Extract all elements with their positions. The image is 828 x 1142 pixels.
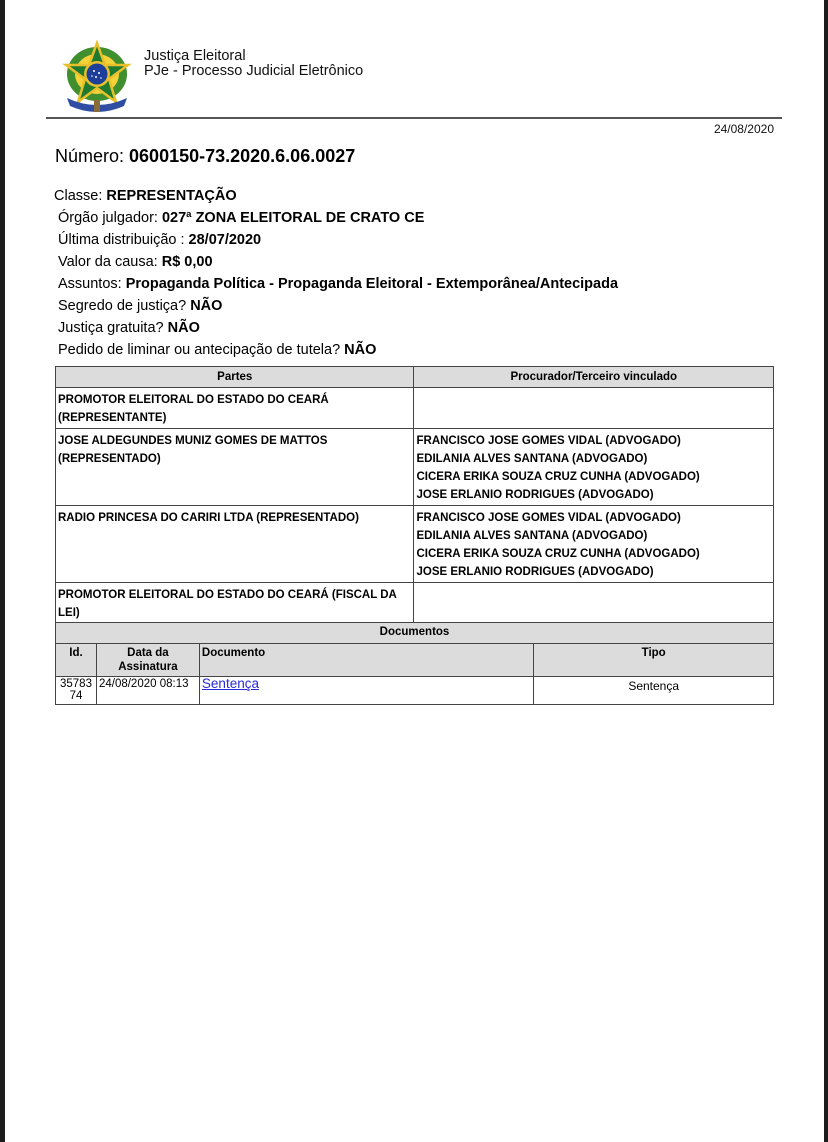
field-label: Órgão julgador: [58,210,162,226]
parte-cell: PROMOTOR ELEITORAL DO ESTADO DO CEARÁ (F… [56,583,414,624]
procurador-name: JOSE ERLANIO RODRIGUES (ADVOGADO) [416,563,771,581]
system-name: PJe - Processo Judicial Eletrônico [144,64,363,79]
field-value: R$ 0,00 [162,254,213,270]
procurador-name: EDILANIA ALVES SANTANA (ADVOGADO) [416,450,771,468]
procurador-cell [414,583,774,624]
parte-cell: RADIO PRINCESA DO CARIRI LTDA (REPRESENT… [56,506,414,583]
column-header-data-assinatura: Data da Assinatura [96,644,199,677]
header-divider [46,117,782,119]
process-number-value: 0600150-73.2020.6.06.0027 [129,146,355,166]
field-orgao-julgador: Órgão julgador: 027ª ZONA ELEITORAL DE C… [54,207,618,229]
field-label: Justiça gratuita? [58,320,168,336]
partes-table: Partes Procurador/Terceiro vinculado PRO… [55,366,774,624]
field-value: NÃO [344,342,376,358]
column-header-tipo: Tipo [534,644,774,677]
procurador-name: FRANCISCO JOSE GOMES VIDAL (ADVOGADO) [416,432,771,450]
field-label: Pedido de liminar ou antecipação de tute… [58,342,344,358]
procurador-name: CICERA ERIKA SOUZA CRUZ CUNHA (ADVOGADO) [416,468,771,486]
process-number: Número: 0600150-73.2020.6.06.0027 [55,146,355,167]
procurador-name: EDILANIA ALVES SANTANA (ADVOGADO) [416,527,771,545]
table-row: 3578374 24/08/2020 08:13 Sentença Senten… [56,677,774,705]
column-header-documento: Documento [199,644,533,677]
procurador-name: CICERA ERIKA SOUZA CRUZ CUNHA (ADVOGADO) [416,545,771,563]
table-row: PROMOTOR ELEITORAL DO ESTADO DO CEARÁ (F… [56,583,774,624]
field-label: Classe: [54,188,106,204]
document-cell: Sentença [199,677,533,705]
procurador-name: JOSE ERLANIO RODRIGUES (ADVOGADO) [416,486,771,504]
document-date: 24/08/2020 [714,122,774,136]
documentos-title: Documentos [56,623,774,644]
process-details: Classe: REPRESENTAÇÃO Órgão julgador: 02… [54,185,618,361]
documentos-table: Documentos Id. Data da Assinatura Docume… [55,622,774,705]
field-value: 027ª ZONA ELEITORAL DE CRATO CE [162,210,424,226]
document-link[interactable]: Sentença [202,676,259,691]
table-title-row: Documentos [56,623,774,644]
field-valor-causa: Valor da causa: R$ 0,00 [54,251,618,273]
field-value: NÃO [168,320,200,336]
field-value: REPRESENTAÇÃO [106,188,236,204]
column-header-partes: Partes [56,367,414,388]
table-header-row: Partes Procurador/Terceiro vinculado [56,367,774,388]
field-value: NÃO [190,298,222,314]
table-row: RADIO PRINCESA DO CARIRI LTDA (REPRESENT… [56,506,774,583]
process-number-label: Número: [55,146,129,166]
field-justica-gratuita: Justiça gratuita? NÃO [54,317,618,339]
table-row: PROMOTOR ELEITORAL DO ESTADO DO CEARÁ (R… [56,388,774,429]
parte-cell: PROMOTOR ELEITORAL DO ESTADO DO CEARÁ (R… [56,388,414,429]
field-value: 28/07/2020 [189,232,262,248]
field-label: Valor da causa: [58,254,162,270]
org-name: Justiça Eleitoral [144,49,363,64]
field-label: Última distribuição : [58,232,189,248]
brazil-coat-of-arms-icon [61,40,133,114]
field-label: Assuntos: [58,276,126,292]
table-header-row: Id. Data da Assinatura Documento Tipo [56,644,774,677]
parte-cell: JOSE ALDEGUNDES MUNIZ GOMES DE MATTOS (R… [56,429,414,506]
field-segredo-justica: Segredo de justiça? NÃO [54,295,618,317]
field-value: Propaganda Política - Propaganda Eleitor… [126,276,618,292]
procurador-cell: FRANCISCO JOSE GOMES VIDAL (ADVOGADO) ED… [414,429,774,506]
procurador-cell [414,388,774,429]
column-header-id: Id. [56,644,97,677]
field-classe: Classe: REPRESENTAÇÃO [54,185,618,207]
field-pedido-liminar: Pedido de liminar ou antecipação de tute… [54,339,618,361]
document-id: 3578374 [56,677,97,705]
table-row: JOSE ALDEGUNDES MUNIZ GOMES DE MATTOS (R… [56,429,774,506]
field-assuntos: Assuntos: Propaganda Política - Propagan… [54,273,618,295]
header-title: Justiça Eleitoral PJe - Processo Judicia… [144,49,363,79]
procurador-name: FRANCISCO JOSE GOMES VIDAL (ADVOGADO) [416,509,771,527]
procurador-cell: FRANCISCO JOSE GOMES VIDAL (ADVOGADO) ED… [414,506,774,583]
column-header-procurador: Procurador/Terceiro vinculado [414,367,774,388]
document-signature-date: 24/08/2020 08:13 [96,677,199,705]
document-type: Sentença [534,677,774,705]
field-ultima-distribuicao: Última distribuição : 28/07/2020 [54,229,618,251]
field-label: Segredo de justiça? [58,298,190,314]
